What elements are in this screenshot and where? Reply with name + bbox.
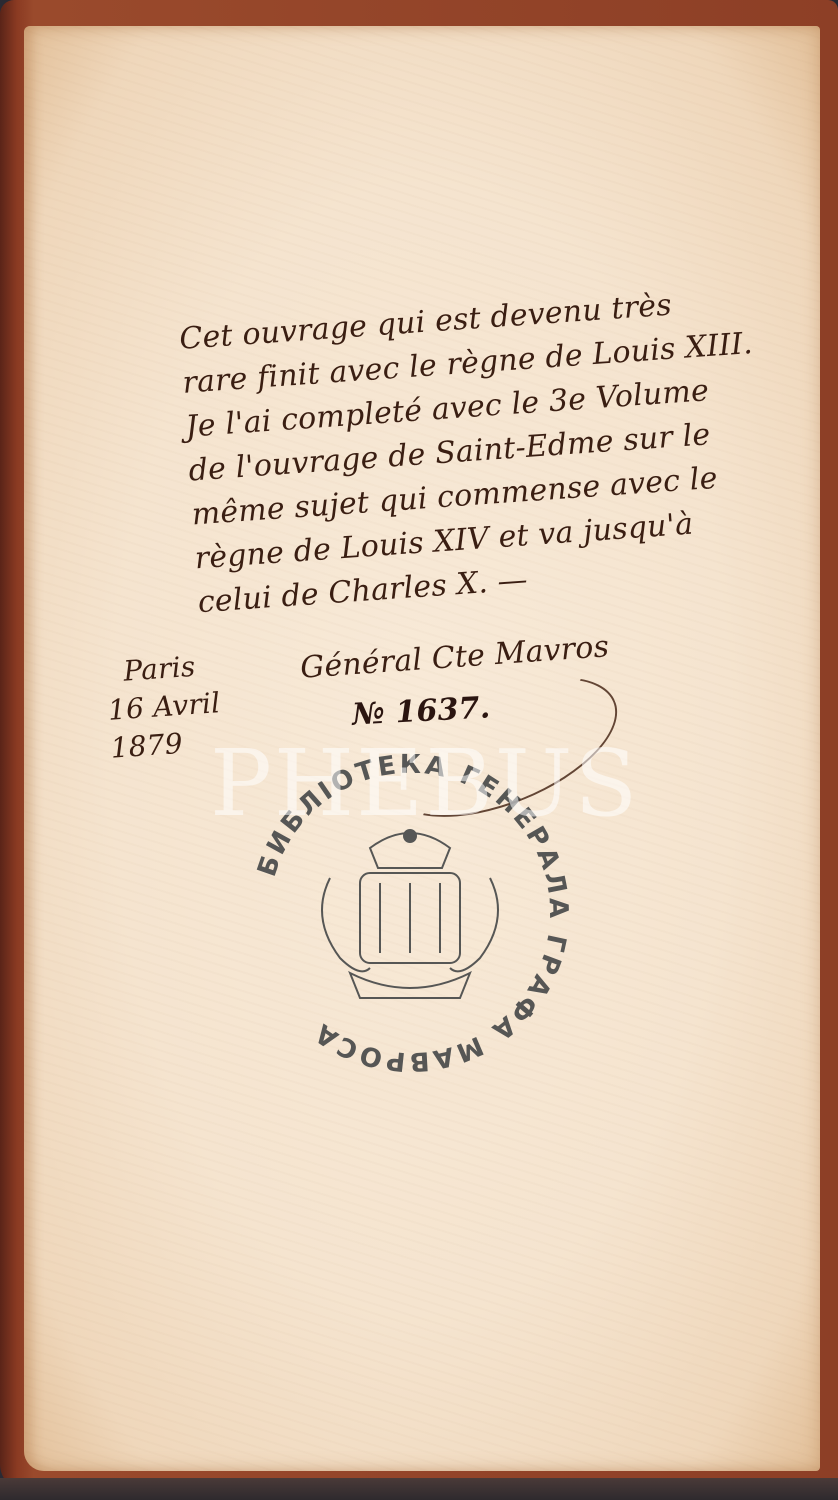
background-surface xyxy=(0,1478,838,1500)
handwritten-inscription: Cet ouvrage qui est devenu très rare fin… xyxy=(178,278,769,625)
place-year: 1879 xyxy=(109,722,224,768)
place-date-block: Paris 16 Avril 1879 xyxy=(104,646,224,768)
watermark: PHEBUS xyxy=(210,730,639,837)
place-day-month: 16 Avril xyxy=(107,684,222,730)
